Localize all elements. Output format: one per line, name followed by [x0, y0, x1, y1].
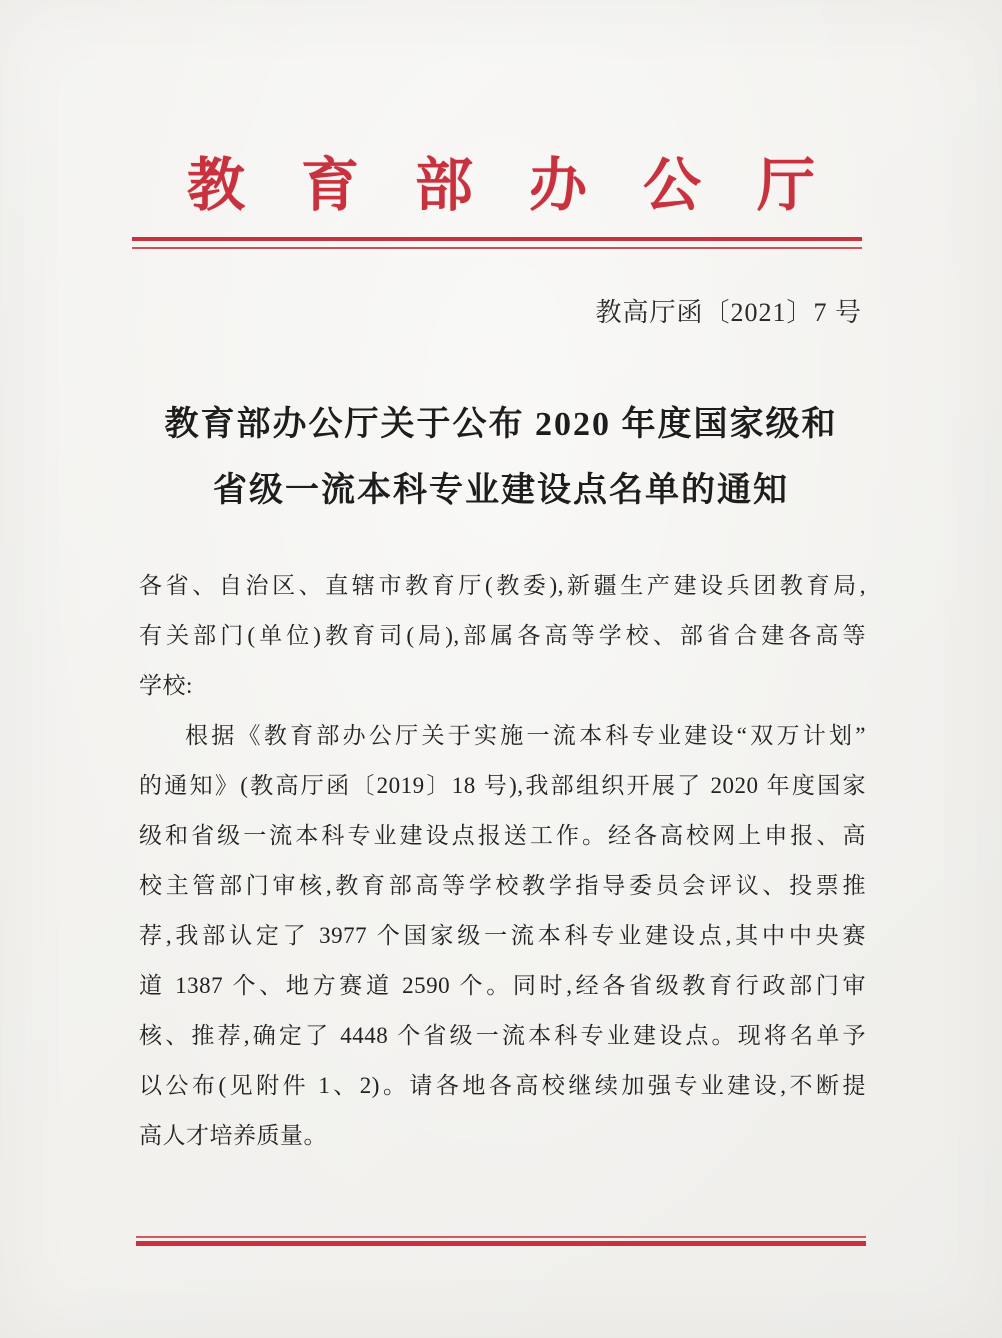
body-line: 核、推荐,确定了 4448 个省级一流本科专业建设点。现将名单予	[139, 1011, 866, 1061]
document-page: 教育部办公厅 教高厅函〔2021〕7 号 教育部办公厅关于公布 2020 年度国…	[0, 0, 1002, 1338]
body-line: 有关部门(单位)教育司(局),部属各高等学校、部省合建各高等	[139, 611, 866, 661]
body-line: 荐,我部认定了 3977 个国家级一流本科专业建设点,其中中央赛	[139, 911, 866, 961]
footer-rule	[136, 1236, 866, 1246]
body-line: 级和省级一流本科专业建设点报送工作。经各高校网上申报、高	[139, 811, 866, 861]
body-line: 各省、自治区、直辖市教育厅(教委),新疆生产建设兵团教育局,	[139, 561, 866, 611]
letterhead-title: 教育部办公厅	[0, 138, 1002, 222]
header-rule-thin-line	[132, 247, 862, 249]
body-line: 校主管部门审核,教育部高等学校教学指导委员会评议、投票推	[139, 861, 866, 911]
doc-number: 教高厅函〔2021〕7 号	[595, 292, 862, 329]
body-line: 道 1387 个、地方赛道 2590 个。同时,经各省级教育行政部门审	[139, 961, 866, 1011]
document-title-line-2: 省级一流本科专业建设点名单的通知	[80, 458, 922, 524]
document-title: 教育部办公厅关于公布 2020 年度国家级和 省级一流本科专业建设点名单的通知	[80, 392, 922, 524]
body-line: 以公布(见附件 1、2)。请各地各高校继续加强专业建设,不断提	[139, 1061, 866, 1111]
body-line: 高人才培养质量。	[139, 1111, 866, 1161]
body-line: 的通知》(教高厅函〔2019〕18 号),我部组织开展了 2020 年度国家	[139, 761, 866, 811]
document-body: 各省、自治区、直辖市教育厅(教委),新疆生产建设兵团教育局,有关部门(单位)教育…	[139, 561, 866, 1161]
document-title-line-1: 教育部办公厅关于公布 2020 年度国家级和	[80, 392, 922, 458]
footer-rule-thick-line	[136, 1241, 866, 1246]
body-line: 学校:	[139, 661, 866, 711]
header-rule	[132, 237, 862, 249]
body-line: 根据《教育部办公厅关于实施一流本科专业建设“双万计划”	[139, 711, 866, 761]
footer-rule-thin-line	[136, 1236, 866, 1238]
header-rule-thick-line	[132, 237, 862, 241]
